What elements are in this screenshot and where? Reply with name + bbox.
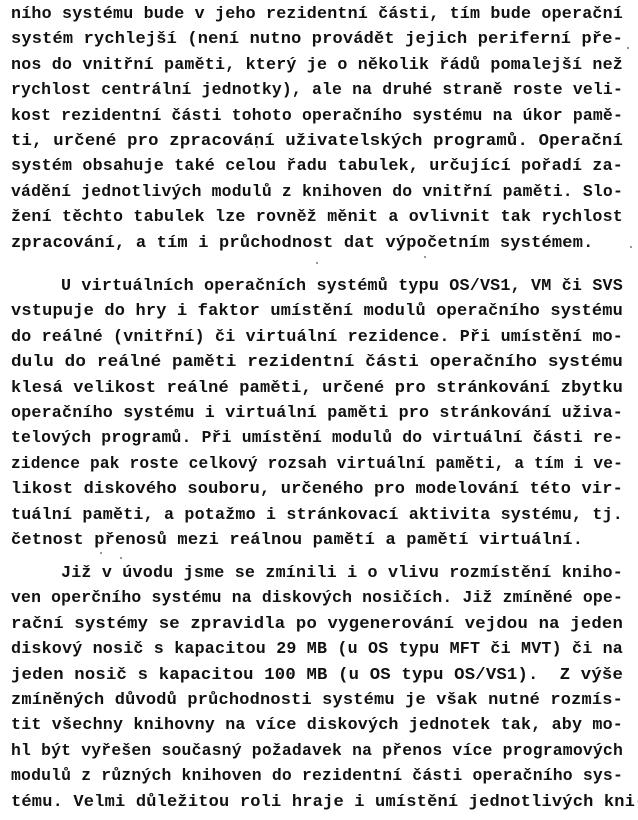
text-line: nos do vnitřní paměti, který je o několi…: [11, 56, 623, 76]
text-line: hl být vyřešen současný požadavek na pře…: [11, 742, 623, 762]
scan-speck: [120, 557, 122, 559]
scan-speck: [100, 552, 102, 554]
scan-speck: [256, 146, 258, 148]
text-line: telových programů. Při umístění modulů d…: [11, 429, 623, 449]
text-line: diskový nosič s kapacitou 29 MB (u OS ty…: [11, 640, 623, 660]
text-line: četnost přenosů mezi reálnou pamětí a pa…: [11, 531, 583, 551]
text-line: tému. Velmi důležitou roli hraje i umíst…: [11, 793, 638, 813]
text-line: dulu do reálné paměti rezidentní části o…: [11, 353, 623, 373]
scanned-document-page: ního systému bude v jeho rezidentní část…: [0, 0, 638, 820]
text-line: zidence pak roste celkový rozsah virtuál…: [11, 455, 623, 475]
scan-speck: [424, 256, 426, 258]
scan-speck: [630, 246, 632, 248]
text-line: tuální paměti, a potažmo i stránkovací a…: [11, 506, 623, 526]
text-line: systém obsahuje také celou řadu tabulek,…: [11, 157, 623, 177]
text-line: tit všechny knihovny na více diskových j…: [11, 716, 623, 736]
text-line: jeden nosič s kapacitou 100 MB (u OS typ…: [11, 666, 623, 686]
scan-speck: [316, 262, 318, 264]
text-line: rační systémy se zpravidla po vygenerová…: [11, 615, 623, 635]
text-line: U virtuálních operačních systémů typu OS…: [61, 277, 623, 297]
text-line: do reálné (vnitřní) či virtuální reziden…: [11, 328, 623, 348]
text-line: zmíněných důvodů průchodnosti systému je…: [11, 691, 623, 711]
text-line: vádění jednotlivých modulů z knihoven do…: [11, 183, 623, 203]
scan-speck: [627, 47, 629, 49]
text-line: Již v úvodu jsme se zmínili i o vlivu ro…: [61, 564, 623, 584]
text-line: operačního systému i virtuální paměti pr…: [11, 404, 623, 424]
text-line: systém rychlejší (není nutno provádět je…: [11, 30, 623, 50]
text-line: ního systému bude v jeho rezidentní část…: [11, 5, 623, 25]
text-line: ti, určené pro zpracování uživatelských …: [11, 132, 623, 152]
text-line: likost diskového souboru, určeného pro m…: [11, 480, 623, 500]
text-line: kost rezidentní části tohoto operačního …: [11, 107, 623, 127]
text-line: rychlost centrální jednotky), ale na dru…: [11, 81, 623, 101]
text-line: zpracování, a tím i průchodnost dat výpo…: [11, 234, 594, 254]
text-line: modulů z různých knihoven do rezidentní …: [11, 767, 623, 787]
text-line: vstupuje do hry i faktor umístění modulů…: [11, 302, 623, 322]
text-line: klesá velikost reálné paměti, určené pro…: [11, 379, 623, 399]
text-line: žení těchto tabulek lze rovněž měnit a o…: [11, 208, 623, 228]
text-line: ven operčního systému na diskových nosič…: [11, 589, 623, 609]
